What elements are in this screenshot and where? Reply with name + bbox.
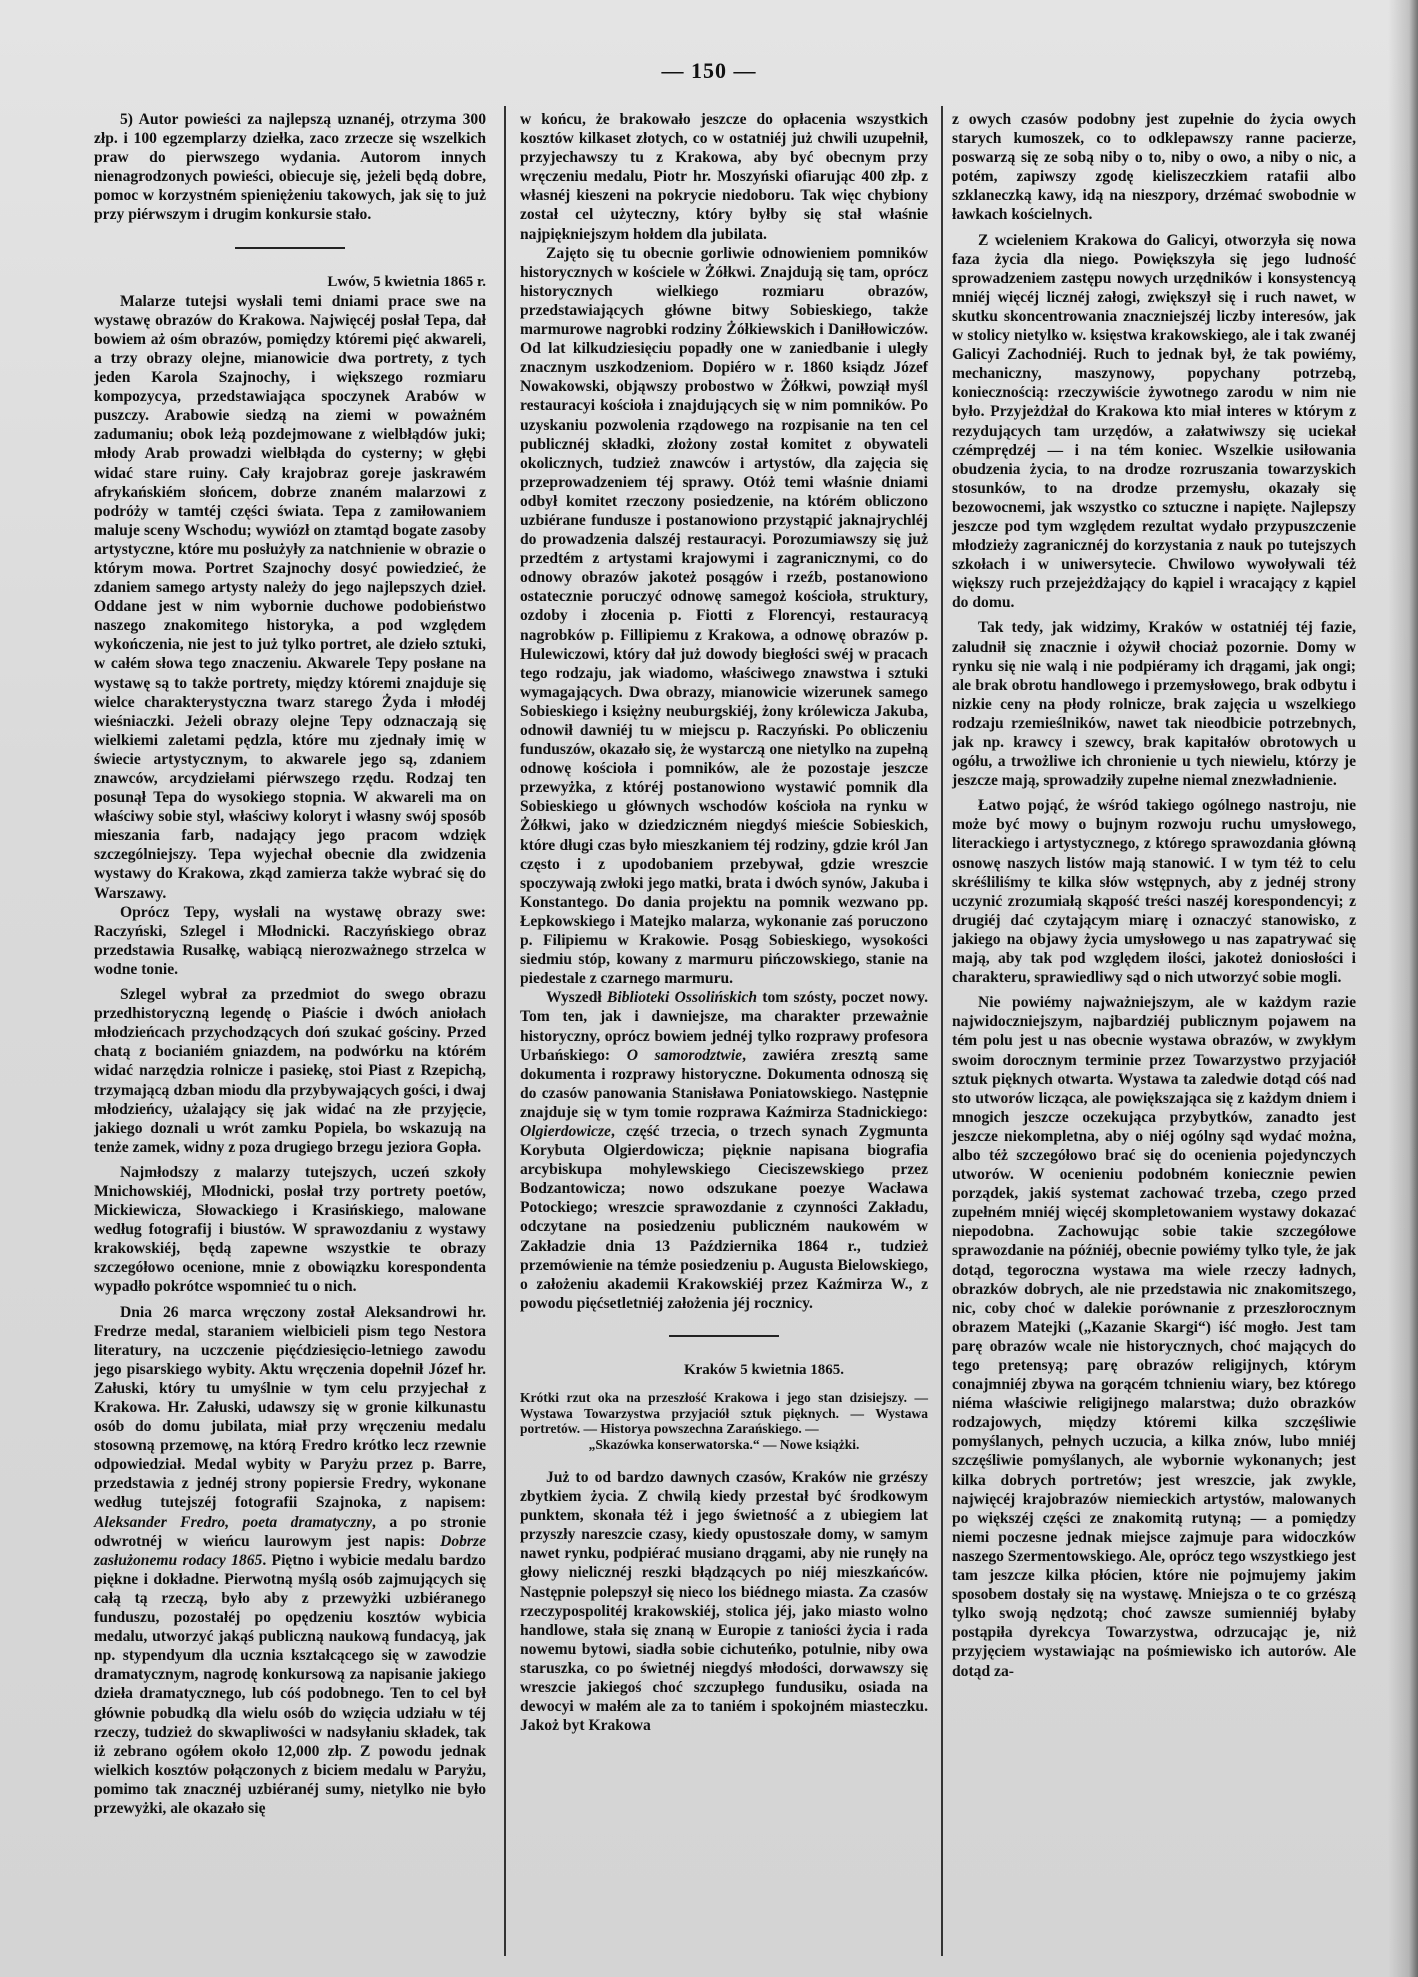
- section-separator: [235, 247, 345, 249]
- article-summary: Krótki rzut oka na przeszłość Krakowa i …: [520, 1390, 928, 1452]
- paragraph: z owych czasów podobny jest zupełnie do …: [952, 110, 1356, 225]
- paragraph: w końcu, że brakowało jeszcze do opłacen…: [520, 110, 928, 244]
- medal-inscription-front: Aleksander Fredro, poeta dramatyczny: [94, 1514, 372, 1531]
- paragraph: Z wcieleniem Krakowa do Galicyi, otworzy…: [952, 231, 1356, 613]
- paragraph: Nie powiémy najważniejszym, ale w każdym…: [952, 993, 1356, 1680]
- column-divider: [504, 106, 506, 1956]
- paragraph: Oprócz Tepy, wysłali na wystawę obrazy s…: [94, 903, 486, 979]
- column-1: 5) Autor powieści za najlepszą uznanéj, …: [94, 110, 486, 1818]
- paragraph: Łatwo pojąć, że wśród takiego ogólnego n…: [952, 796, 1356, 987]
- book-title: Olgierdowicze: [520, 1123, 611, 1140]
- column-2: w końcu, że brakowało jeszcze do opłacen…: [520, 110, 928, 1735]
- newspaper-page: — 150 — 5) Autor powieści za najlepszą u…: [0, 0, 1418, 1977]
- paragraph: 5) Autor powieści za najlepszą uznanéj, …: [94, 110, 486, 225]
- paragraph: Najmłodszy z malarzy tutejszych, uczeń s…: [94, 1163, 486, 1297]
- paragraph-ossolinski: Wyszedł Biblioteki Ossolińskich tom szós…: [520, 988, 928, 1313]
- column-3: z owych czasów podobny jest zupełnie do …: [952, 110, 1356, 1681]
- page-number: — 150 —: [0, 58, 1418, 84]
- paragraph-fredro-medal: Dnia 26 marca wręczony został Aleksandro…: [94, 1303, 486, 1819]
- paragraph: Szlegel wybrał za przedmiot do swego obr…: [94, 985, 486, 1157]
- column-divider: [941, 106, 943, 1956]
- book-title: Biblioteki Ossolińskich: [607, 989, 757, 1006]
- paragraph: Zajęto się tu obecnie gorliwie odnowieni…: [520, 244, 928, 989]
- paragraph: Tak tedy, jak widzimy, Kraków w ostatnié…: [952, 618, 1356, 790]
- book-title: O samorodztwie: [627, 1047, 742, 1064]
- dateline-krakow: Kraków 5 kwietnia 1865.: [520, 1361, 928, 1380]
- paragraph: Już to od bardzo dawnych czasów, Kraków …: [520, 1468, 928, 1735]
- section-separator: [669, 1335, 779, 1337]
- dateline-lwow: Lwów, 5 kwietnia 1865 r.: [94, 273, 486, 292]
- paragraph: Malarze tutejsi wysłali temi dniami prac…: [94, 292, 486, 903]
